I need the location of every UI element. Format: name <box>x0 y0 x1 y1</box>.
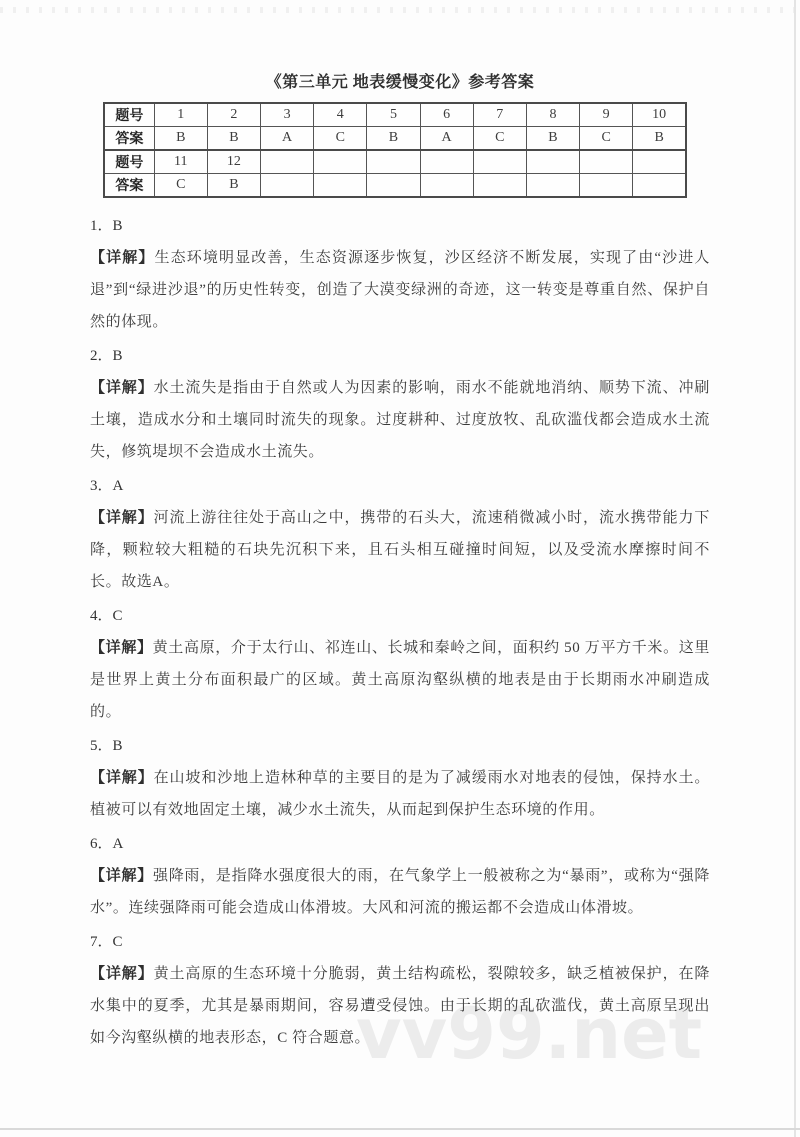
table-cell: 4 <box>314 103 367 127</box>
table-cell: 6 <box>420 103 473 127</box>
detail-label: 【详解】 <box>90 868 153 884</box>
question-answer-heading: 6．A <box>90 828 710 860</box>
table-cell: C <box>473 127 526 151</box>
table-cell <box>367 150 420 174</box>
explanation-item: 2．B 【详解】水土流失是指由于自然或人为因素的影响，雨水不能就地消纳、顺势下流… <box>90 340 710 468</box>
table-cell <box>633 150 686 174</box>
table-row: 题号 11 12 <box>104 150 686 174</box>
table-row-label: 题号 <box>104 150 154 174</box>
question-answer-heading: 7．C <box>90 926 710 958</box>
question-answer-heading: 1．B <box>90 210 710 242</box>
table-cell: 2 <box>207 103 260 127</box>
table-cell <box>420 174 473 198</box>
table-cell: A <box>261 127 314 151</box>
table-cell <box>526 174 579 198</box>
scan-bottom-edge-line <box>0 1128 800 1130</box>
table-cell: 12 <box>207 150 260 174</box>
table-cell <box>314 150 367 174</box>
detail-label: 【详解】 <box>90 250 155 266</box>
explanation-paragraph: 【详解】水土流失是指由于自然或人为因素的影响，雨水不能就地消纳、顺势下流、冲刷土… <box>90 372 710 468</box>
explanation-paragraph: 【详解】黄土高原，介于太行山、祁连山、长城和秦岭之间，面积约 50 万平方千米。… <box>90 632 710 728</box>
table-cell: B <box>207 174 260 198</box>
table-cell <box>261 150 314 174</box>
table-cell <box>526 150 579 174</box>
table-cell <box>580 150 633 174</box>
table-cell: C <box>580 127 633 151</box>
detail-label: 【详解】 <box>90 966 154 982</box>
explanation-item: 7．C 【详解】黄土高原的生态环境十分脆弱，黄土结构疏松，裂隙较多，缺乏植被保护… <box>90 926 710 1054</box>
table-cell: 9 <box>580 103 633 127</box>
detail-label: 【详解】 <box>90 380 154 396</box>
table-cell <box>580 174 633 198</box>
table-cell <box>633 174 686 198</box>
explanations-list: 1．B 【详解】生态环境明显改善，生态资源逐步恢复，沙区经济不断发展，实现了由“… <box>90 210 710 1054</box>
table-cell: B <box>154 127 207 151</box>
table-cell <box>473 150 526 174</box>
detail-text: 黄土高原的生态环境十分脆弱，黄土结构疏松，裂隙较多，缺乏植被保护，在降水集中的夏… <box>90 966 710 1046</box>
table-cell: B <box>207 127 260 151</box>
table-cell: 10 <box>633 103 686 127</box>
table-cell: C <box>154 174 207 198</box>
table-cell: A <box>420 127 473 151</box>
scan-top-dashed-line <box>0 7 800 13</box>
table-cell: B <box>367 127 420 151</box>
document-content: 《第三单元 地表缓慢变化》参考答案 题号 1 2 3 4 5 6 7 8 9 <box>90 72 710 1054</box>
explanation-item: 3．A 【详解】河流上游往往处于高山之中，携带的石头大，流速稍微减小时，流水携带… <box>90 470 710 598</box>
table-row: 答案 C B <box>104 174 686 198</box>
table-cell: 1 <box>154 103 207 127</box>
table-cell <box>261 174 314 198</box>
table-cell: 11 <box>154 150 207 174</box>
scan-right-edge-line <box>794 0 796 1137</box>
page-title: 《第三单元 地表缓慢变化》参考答案 <box>90 72 710 94</box>
table-row-label: 答案 <box>104 174 154 198</box>
table-row-label: 题号 <box>104 103 154 127</box>
explanation-item: 1．B 【详解】生态环境明显改善，生态资源逐步恢复，沙区经济不断发展，实现了由“… <box>90 210 710 338</box>
table-cell <box>367 174 420 198</box>
question-answer-heading: 2．B <box>90 340 710 372</box>
explanation-paragraph: 【详解】生态环境明显改善，生态资源逐步恢复，沙区经济不断发展，实现了由“沙进人退… <box>90 242 710 338</box>
explanation-item: 6．A 【详解】强降雨，是指降水强度很大的雨，在气象学上一般被称之为“暴雨”，或… <box>90 828 710 924</box>
table-cell: 8 <box>526 103 579 127</box>
explanation-paragraph: 【详解】河流上游往往处于高山之中，携带的石头大，流速稍微减小时，流水携带能力下降… <box>90 502 710 598</box>
table-cell: B <box>526 127 579 151</box>
detail-text: 生态环境明显改善，生态资源逐步恢复，沙区经济不断发展，实现了由“沙进人退”到“绿… <box>90 250 710 330</box>
table-cell <box>420 150 473 174</box>
answer-table: 题号 1 2 3 4 5 6 7 8 9 10 答案 B B A <box>103 102 687 198</box>
table-cell: 5 <box>367 103 420 127</box>
explanation-paragraph: 【详解】黄土高原的生态环境十分脆弱，黄土结构疏松，裂隙较多，缺乏植被保护，在降水… <box>90 958 710 1054</box>
detail-text: 强降雨，是指降水强度很大的雨，在气象学上一般被称之为“暴雨”，或称为“强降水”。… <box>90 868 710 916</box>
detail-text: 黄土高原，介于太行山、祁连山、长城和秦岭之间，面积约 50 万平方千米。这里是世… <box>90 640 710 720</box>
explanation-item: 4．C 【详解】黄土高原，介于太行山、祁连山、长城和秦岭之间，面积约 50 万平… <box>90 600 710 728</box>
detail-label: 【详解】 <box>90 770 154 786</box>
explanation-item: 5．B 【详解】在山坡和沙地上造林种草的主要目的是为了减缓雨水对地表的侵蚀，保持… <box>90 730 710 826</box>
table-row: 题号 1 2 3 4 5 6 7 8 9 10 <box>104 103 686 127</box>
table-cell: C <box>314 127 367 151</box>
explanation-paragraph: 【详解】强降雨，是指降水强度很大的雨，在气象学上一般被称之为“暴雨”，或称为“强… <box>90 860 710 924</box>
table-cell: 7 <box>473 103 526 127</box>
document-page: vv99.net 《第三单元 地表缓慢变化》参考答案 题号 1 2 3 4 5 … <box>0 0 800 1137</box>
question-answer-heading: 4．C <box>90 600 710 632</box>
explanation-paragraph: 【详解】在山坡和沙地上造林种草的主要目的是为了减缓雨水对地表的侵蚀，保持水土。植… <box>90 762 710 826</box>
detail-text: 在山坡和沙地上造林种草的主要目的是为了减缓雨水对地表的侵蚀，保持水土。植被可以有… <box>90 770 710 818</box>
table-cell <box>314 174 367 198</box>
detail-text: 河流上游往往处于高山之中，携带的石头大，流速稍微减小时，流水携带能力下降，颗粒较… <box>90 510 710 590</box>
detail-label: 【详解】 <box>90 510 154 526</box>
detail-text: 水土流失是指由于自然或人为因素的影响，雨水不能就地消纳、顺势下流、冲刷土壤，造成… <box>90 380 710 460</box>
table-row-label: 答案 <box>104 127 154 151</box>
question-answer-heading: 5．B <box>90 730 710 762</box>
table-cell: B <box>633 127 686 151</box>
table-cell <box>473 174 526 198</box>
question-answer-heading: 3．A <box>90 470 710 502</box>
table-cell: 3 <box>261 103 314 127</box>
table-row: 答案 B B A C B A C B C B <box>104 127 686 151</box>
detail-label: 【详解】 <box>90 640 153 656</box>
